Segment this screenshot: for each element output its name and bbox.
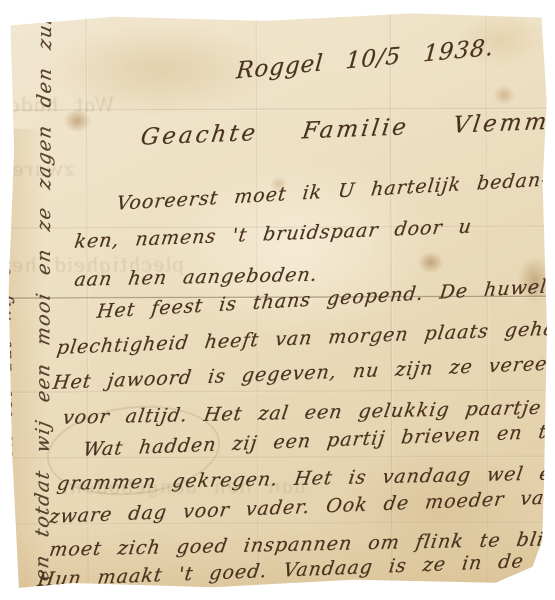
handwriting-line: plechtigheid heeft van morgen plaats geh… — [56, 319, 555, 358]
scanned-letter-image: Wat hadden zij een partij brieven en tel… — [0, 0, 555, 600]
handwriting-line: aan hen aangeboden. — [73, 266, 319, 290]
handwriting-line: Het jawoord is gegeven, nu zijn ze veree… — [52, 353, 555, 393]
salutation-handwriting: Geachte Familie Vlemminx — [139, 109, 555, 150]
bleedthrough-text: Wat hadden zij een partij brieven en tel… — [0, 97, 115, 118]
handwriting-line: Vooreerst moet ik U hartelijk bedan- — [115, 170, 549, 213]
stain-spot-right-mid — [418, 251, 444, 273]
margin-handwriting-inner: hen totdat wij een mooi en ze zagen den … — [33, 48, 55, 596]
dateline-handwriting: Roggel 10/5 1938. — [235, 37, 495, 84]
letter-paper: Wat hadden zij een partij brieven en tel… — [5, 7, 550, 595]
stain-spot-top-right — [493, 85, 515, 105]
handwriting-line: ken, namens 't bruidspaar door u — [73, 217, 473, 251]
